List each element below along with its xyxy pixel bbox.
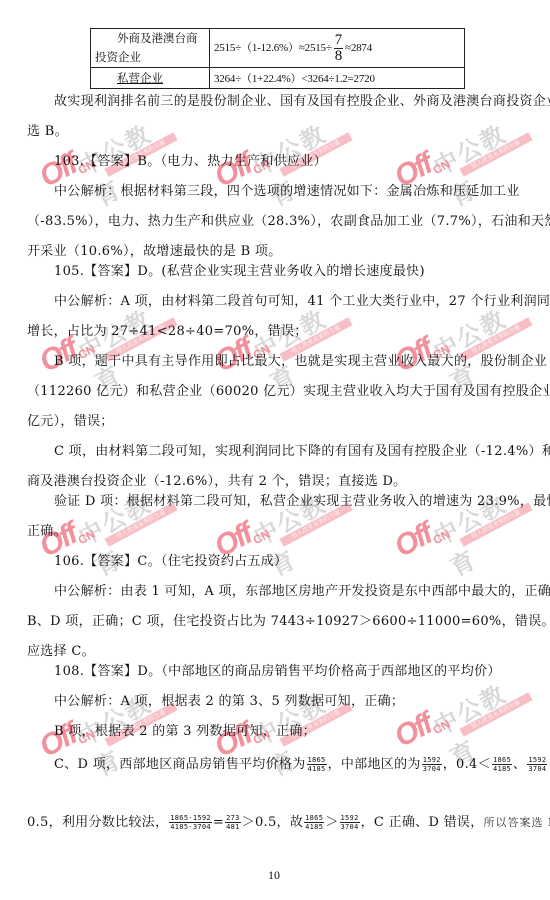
fraction-west: 18654185 <box>307 756 327 773</box>
fraction-numerator: 1865 <box>304 814 324 823</box>
fraction-diff: 1865-15924185-3704 <box>169 814 212 831</box>
fraction-numerator: 1865-1592 <box>169 814 212 823</box>
fraction-denominator: 4185 <box>305 823 323 831</box>
table-row: 私营企业 3264÷（1+22.4%）<3264÷1.2=2720 <box>91 68 465 89</box>
fraction-numerator: 1865 <box>492 756 512 765</box>
text-segment-cut: 所以答案选 D <box>484 816 550 829</box>
fraction-denominator: 4185-3704 <box>170 823 211 831</box>
fraction-numerator: 1592 <box>527 756 547 765</box>
analysis-text: 中公解析：根据材料第三段，四个选项的增速情况如下：金属冶炼和压延加工业 <box>54 184 550 200</box>
text-segment: ，0.4＜ <box>443 757 491 772</box>
analysis-text: 验证 D 项：根据材料第二段可知，私营企业实现主营业务收入的增速为 23.9%，… <box>54 494 550 510</box>
analysis-text: B 项，根据表 2 的第 3 列数据可知，正确； <box>54 724 550 740</box>
fraction-denominator: 3704 <box>528 765 546 773</box>
document-page: 中公教育 给人改变未来的力量 Off CN 中公教育 给人改变未来的力量 Off… <box>0 0 550 900</box>
fraction-numerator: 1592 <box>340 814 360 823</box>
enterprise-name: 私营企业 <box>95 71 163 85</box>
fraction-denominator: 4185 <box>493 765 511 773</box>
fraction-central: 15923704 <box>340 814 360 831</box>
analysis-text: C 项，由材料第二段可知，实现利润同比下降的有国有及国有控股企业（-12.4%）… <box>54 444 550 460</box>
fraction-numerator: 1592 <box>422 756 442 765</box>
answer-heading-103: 103.【答案】B。（电力、热力生产和供应业） <box>54 154 550 170</box>
analysis-text: B、D 项，正确；C 项，住宅投资占比为 7443÷10927＞6600÷110… <box>27 614 527 630</box>
text-segment: ，C 正确、D 错误， <box>361 815 484 830</box>
table-cell-formula: 2515÷（1-12.6%）≈2515÷78≈2874 <box>210 29 465 68</box>
watermark-logo: 中公教育 给人改变未来的力量 Off CN <box>395 680 535 760</box>
enterprise-name-line2: 投资企业 <box>95 48 205 67</box>
watermark-logo: 中公教育 给人改变未来的力量 Off CN <box>395 305 535 385</box>
analysis-text: 中公解析：A 项，根据表 2 的第 3、5 列数据可知，正确； <box>54 694 550 710</box>
analysis-text: B 项，题干中具有主导作用即占比最大，也就是实现主营业收入最大的，股份制企业 <box>54 354 550 370</box>
answer-heading-106: 106.【答案】C。（住宅投资约占五成） <box>54 554 550 570</box>
table-row: 外商及港澳台商 投资企业 2515÷（1-12.6%）≈2515÷78≈2874 <box>91 29 465 68</box>
fraction-central: 15923704 <box>527 756 547 773</box>
fraction-west: 18654185 <box>304 814 324 831</box>
watermark-logo: 中公教育 给人改变未来的力量 Off CN <box>40 305 180 385</box>
fraction-diff-result: 273481 <box>225 814 241 831</box>
table-cell-enterprise: 私营企业 <box>91 68 210 89</box>
analysis-text: （-83.5%），电力、热力生产和供应业（28.3%），农副食品加工业（7.7%… <box>27 214 527 230</box>
calculation-table: 外商及港澳台商 投资企业 2515÷（1-12.6%）≈2515÷78≈2874… <box>90 28 465 89</box>
analysis-text: 增长，占比为 27÷41<28÷40=70%，错误； <box>27 324 527 340</box>
text-segment: 、 <box>513 757 526 772</box>
analysis-text-with-fractions: 0.5，利用分数比较法，1865-15924185-3704=273481＞0.… <box>27 814 527 831</box>
formula-prefix: 2515÷（1-12.6%）≈2515÷ <box>214 42 332 54</box>
fraction-numerator: 7 <box>334 33 343 49</box>
fraction: 78 <box>334 33 343 64</box>
text-segment: 0.5，利用分数比较法， <box>27 815 168 830</box>
fraction-denominator: 4185 <box>308 765 326 773</box>
table-cell-formula: 3264÷（1+22.4%）<3264÷1.2=2720 <box>210 68 465 89</box>
text-segment: ，中部地区的为 <box>328 757 421 772</box>
analysis-text: 应选择 C。 <box>27 644 527 660</box>
fraction-central: 15923704 <box>422 756 442 773</box>
fraction-denominator: 3704 <box>341 823 359 831</box>
analysis-text: 开采业（10.6%），故增速最快的是 B 项。 <box>27 244 527 260</box>
fraction-denominator: 481 <box>226 823 240 831</box>
answer-heading-105: 105.【答案】D。(私营企业实现主营业务收入的增长速度最快) <box>54 264 550 280</box>
fraction-numerator: 1865 <box>307 756 327 765</box>
fraction-numerator: 273 <box>225 814 241 823</box>
table-cell-enterprise: 外商及港澳台商 投资企业 <box>91 29 210 68</box>
analysis-text: （112260 亿元）和私营企业（60020 亿元）实现主营业收入均大于国有及国… <box>27 384 527 400</box>
watermark-logo: 中公教育 给人改变未来的力量 Off CN <box>215 305 355 385</box>
text-segment: ＞0.5，故 <box>242 815 303 830</box>
fraction-denominator: 8 <box>335 49 342 64</box>
analysis-text: 中公解析：A 项，由材料第二段首句可知，41 个工业大类行业中，27 个行业利润… <box>54 294 550 310</box>
answer-heading-108: 108.【答案】D。（中部地区的商品房销售平均价格高于西部地区的平均价） <box>54 664 550 680</box>
conclusion-text: 故实现利润排名前三的是股份制企业、国有及国有控股企业、外商及港澳台商投资企业。 <box>54 94 550 110</box>
analysis-text: 正确。 <box>27 524 527 540</box>
conclusion-text: 选 B。 <box>27 124 527 140</box>
text-segment: C、D 项，西部地区商品房销售平均价格为 <box>54 757 306 772</box>
fraction-west: 18654185 <box>492 756 512 773</box>
analysis-text: 商及港澳台投资企业（-12.6%），共有 2 个，错误；直接选 D。 <box>27 474 527 490</box>
analysis-text: 中公解析：由表 1 可知，A 项，东部地区房地产开发投资是东中西部中最大的，正确… <box>54 584 550 600</box>
enterprise-name-line1: 外商及港澳台商 <box>95 29 205 48</box>
analysis-text-with-fractions: C、D 项，西部地区商品房销售平均价格为18654185，中部地区的为15923… <box>54 756 550 773</box>
page-number: 10 <box>268 868 280 883</box>
formula-suffix: ≈2874 <box>345 42 372 54</box>
fraction-denominator: 3704 <box>423 765 441 773</box>
analysis-text: 亿元），错误； <box>27 414 527 430</box>
text-segment: ＞ <box>325 815 338 830</box>
